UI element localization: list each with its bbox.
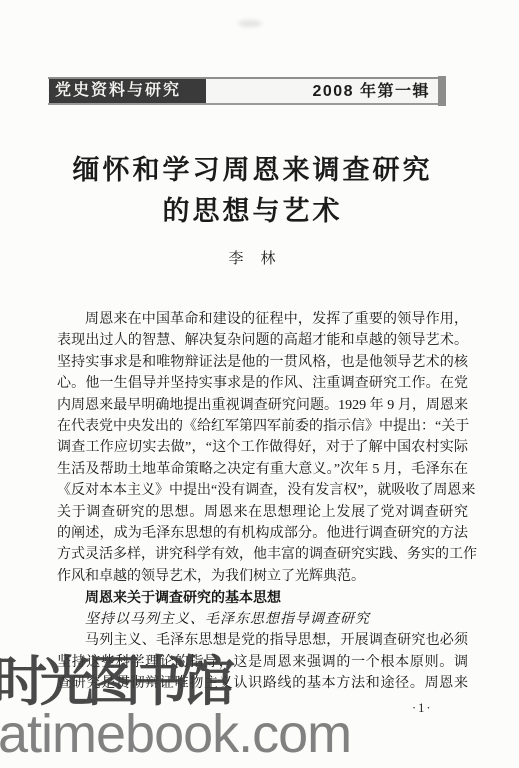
body-line: 方式灵活多样，讲究科学有效，他丰富的调查研究实践、务实的工作 [57,544,468,565]
body-line: 周恩来在中国革命和建设的征程中，发挥了重要的领导作用， [57,309,468,330]
journal-page: 党史资料与研究 2008 年第一辑 缅怀和学习周恩来调查研究 的思想与艺术 李 … [0,0,519,768]
watermark-cjk-text: 时光图书馆 [0,654,228,711]
body-line: 在代表党中央发出的《给红军第四军前委的指示信》中提出：“关于 [57,416,468,437]
body-line: 调查工作应切实去做”，“这个工作做得好，对于了解中国农村实际 [57,437,468,458]
journal-title-badge: 党史资料与研究 [49,79,206,103]
article-body: 周恩来在中国革命和建设的征程中，发挥了重要的领导作用，表现出过人的智慧、解决复杂… [57,309,468,694]
article-title: 缅怀和学习周恩来调查研究 的思想与艺术 [0,150,505,232]
body-line: 心。他一生倡导并坚持实事求是的作风、注重调查研究工作。在党 [57,373,468,394]
page-number: ·1· [412,701,433,716]
header-end-bar [438,76,446,106]
author-name: 李 林 [0,247,505,268]
body-line: 坚持实事求是和唯物辩证法是他的一贯风格，也是他领导艺术的核 [57,352,468,373]
journal-title-label: 党史资料与研究 [55,82,181,99]
page-header: 党史资料与研究 2008 年第一辑 [48,77,446,105]
body-line: 的阐述，成为毛泽东思想的有机构成部分。他进行调查研究的方法 [57,523,468,544]
body-line: 《反对本本主义》中提出“没有调查，没有发言权”，就吸收了周恩来 [57,480,468,501]
issue-label: 2008 年第一辑 [312,80,430,104]
scan-smudge [238,20,262,27]
body-line: 坚持以马列主义、毛泽东思想指导调查研究 [57,609,468,630]
body-line: 内周恩来最早明确地提出重视调查研究问题。1929 年 9 月，周恩来 [57,395,468,416]
article-title-line2: 的思想与艺术 [0,191,505,232]
article-title-line1: 缅怀和学习周恩来调查研究 [0,150,505,191]
body-line: 马列主义、毛泽东思想是党的指导思想，开展调查研究也必须 [57,630,468,651]
body-line: 周恩来关于调查研究的基本思想 [57,587,468,608]
body-line: 表现出过人的智慧、解决复杂问题的高超才能和卓越的领导艺术。 [57,330,468,351]
body-line: 关于调查研究的思想。周恩来在思想理论上发展了党对调查研究 [57,502,468,523]
body-line: 作风和卓越的领导艺术，为我们树立了光辉典范。 [57,566,468,587]
watermark-site-text: atimebook.com [0,707,351,761]
body-line: 生活及帮助土地革命策略之决定有重大意义。”次年 5 月，毛泽东在 [57,459,468,480]
